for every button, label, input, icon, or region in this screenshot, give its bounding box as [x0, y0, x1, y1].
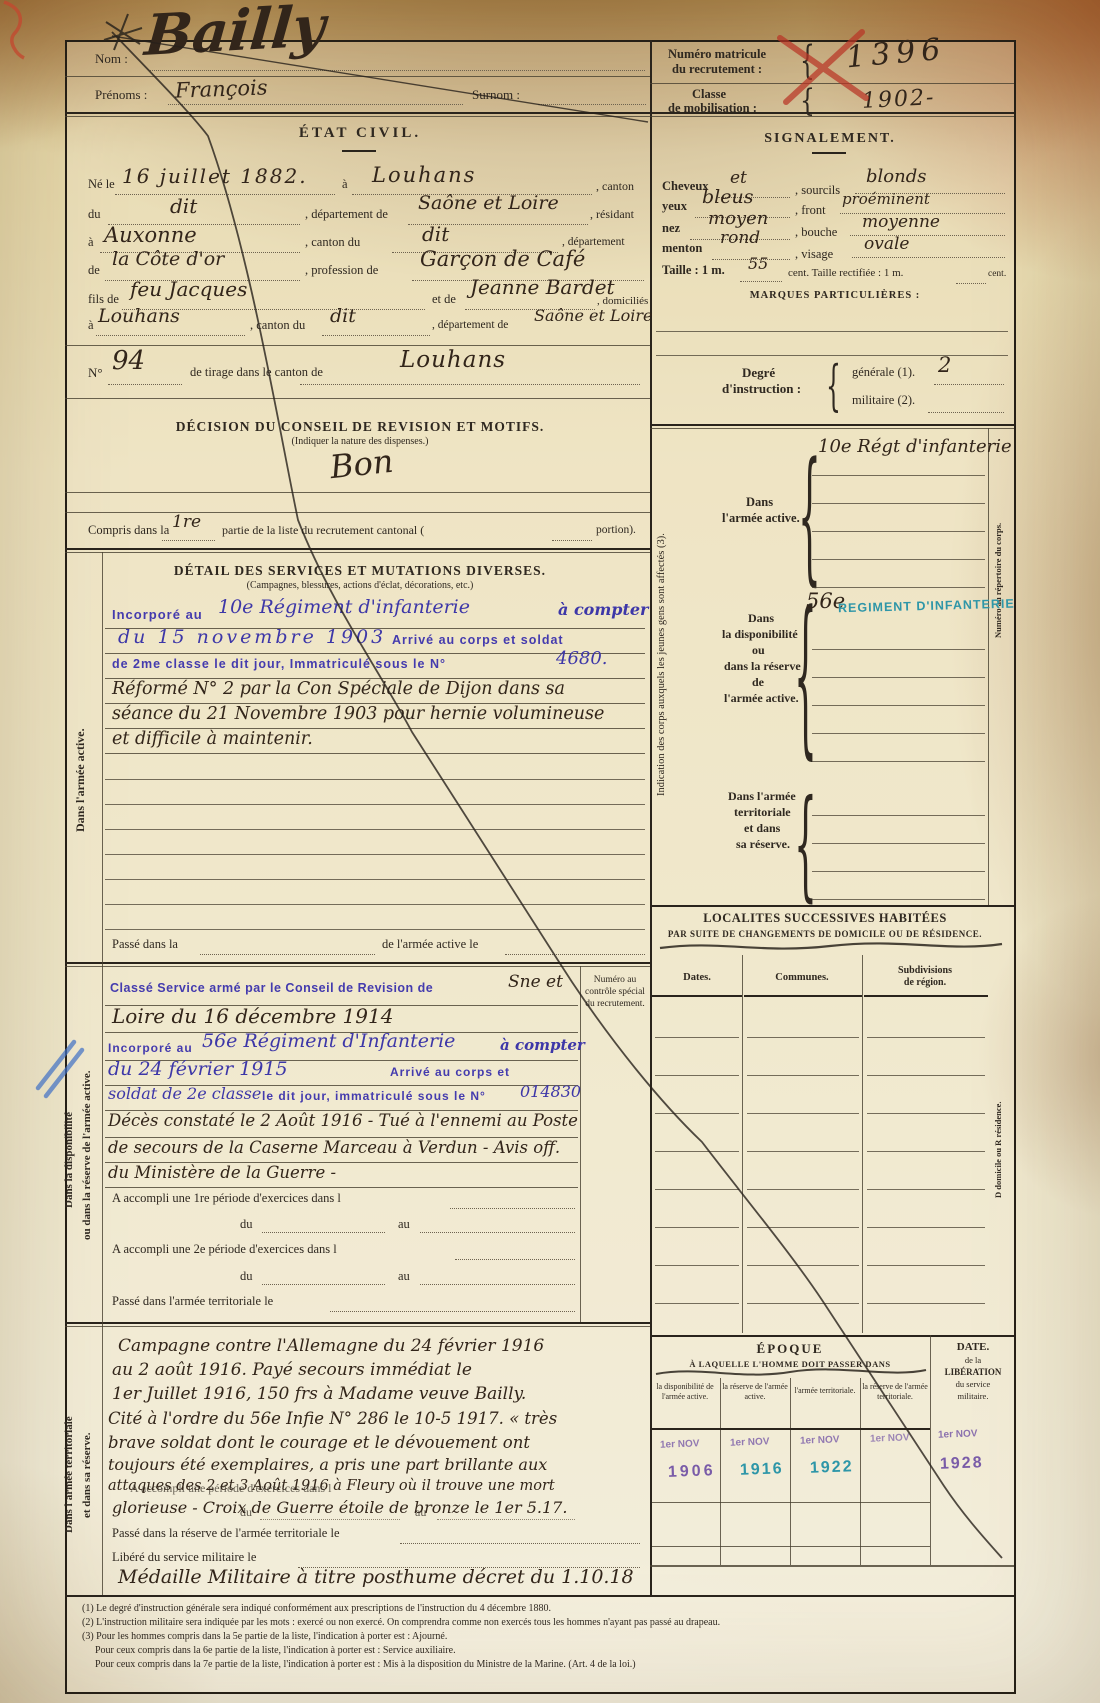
a6-value: Louhans — [98, 307, 180, 327]
de4-value: la Côte d'or — [112, 250, 224, 270]
etat-civil-line — [65, 345, 650, 346]
footnote-box-top — [65, 1595, 1014, 1597]
dispo-l6: Décès constaté le 2 Août 1916 - Tué à l'… — [108, 1112, 578, 1129]
svc-l3-hand: 4680. — [556, 650, 608, 669]
field-underline — [322, 335, 430, 336]
taille-post: cent. — [988, 270, 1006, 280]
localites-header-line — [652, 995, 742, 997]
ne-le-label: Né le — [88, 178, 115, 191]
dept6-label: , département de — [432, 319, 508, 331]
epoque-col4-header: la réserve de l'armée territoriale. — [862, 1382, 928, 1403]
etde-label: et de — [432, 293, 456, 306]
tirage-no-label: N° — [88, 366, 103, 380]
menton-value: rond — [720, 230, 760, 248]
repertoire-strip-divider — [988, 428, 989, 905]
main-column-divider — [650, 40, 652, 1595]
nom-row-line — [65, 76, 650, 77]
surnom-underline — [538, 104, 646, 105]
terr-rules — [812, 788, 985, 902]
tirage-canton-value: Louhans — [400, 348, 506, 372]
field-underline — [928, 412, 1004, 413]
canton6-value: dit — [330, 307, 356, 327]
epoque-header-line — [652, 1428, 930, 1430]
footnote-3: (3) Pour les hommes compris dans la 5e p… — [82, 1632, 447, 1643]
field-underline — [455, 1259, 575, 1260]
a3-label: à — [88, 236, 94, 249]
stamp-nov-2: 1er NOV — [730, 1437, 770, 1449]
footnote-5: Pour ceux compris dans la 7e partie de l… — [95, 1660, 636, 1671]
sourcils-label: , sourcils — [795, 184, 840, 197]
matricule-value: 1396 — [845, 34, 948, 74]
visage-value: ovale — [864, 236, 909, 254]
canton6-label: , canton du — [250, 319, 305, 332]
epoque-row-line-1 — [652, 1502, 930, 1503]
instruction-bottom-line — [650, 424, 1014, 426]
decision-value: Bon — [328, 445, 395, 485]
margin-label-terr-2: et dans sa réserve. — [82, 1368, 94, 1582]
periode2-label: A accompli une 2e période d'exercices da… — [112, 1243, 337, 1256]
field-underline — [96, 335, 245, 336]
a1-label: à — [342, 178, 348, 191]
svc-l4: Réformé N° 2 par la Con Spéciale de Dijo… — [112, 680, 565, 698]
dispo-label-3: ou — [752, 644, 765, 657]
field-underline — [420, 1232, 575, 1233]
sourcils-value: blonds — [866, 168, 926, 187]
compris-value: 1re — [172, 514, 201, 532]
canton1-label: , canton — [596, 180, 634, 193]
footnote-4: Pour ceux compris dans la 6e partie de l… — [95, 1646, 456, 1657]
etat-civil-dash — [342, 150, 376, 152]
dispo-l3-right: à compter — [500, 1038, 585, 1054]
margin-divider — [102, 552, 103, 1595]
localites-header-line — [864, 995, 988, 997]
terr-du-label: du — [240, 1506, 252, 1519]
matricule-label-2: du recrutement : — [672, 63, 762, 76]
stamp-year-1916: 1916 — [740, 1461, 784, 1479]
field-underline — [330, 1311, 575, 1312]
services-subtitle: (Campagnes, blessures, actions d'éclat, … — [110, 581, 610, 592]
date-label-2: de la — [932, 1356, 1014, 1365]
dispo-l5-stamp: le dit jour, immatriculé sous le N° — [262, 1090, 486, 1103]
canton3-value: dit — [422, 224, 449, 245]
localites-rules-communes — [747, 1000, 859, 1333]
footnote-1: (1) Le degré d'instruction générale sera… — [82, 1604, 551, 1615]
section-line-2 — [65, 552, 650, 553]
controle-label: Numéro au contrôle spécial du recrutemen… — [584, 975, 646, 1011]
field-underline — [400, 1543, 640, 1544]
localites-side-note: D domicile ou R résidence. — [994, 1010, 1003, 1290]
front-value: proéminent — [842, 192, 930, 208]
field-underline — [956, 283, 986, 284]
svc-l1-right: à compter — [558, 602, 648, 619]
signalement-dash — [812, 152, 846, 154]
generale-label: générale (1). — [852, 366, 915, 379]
localites-subtitle: PAR SUITE DE CHANGEMENTS DE DOMICILE OU … — [660, 930, 990, 939]
dispo-label-6: l'armée active. — [724, 692, 799, 705]
generale-value: 2 — [938, 354, 951, 376]
instruction-bottom-line-2 — [650, 428, 1014, 429]
field-underline — [552, 540, 592, 541]
menton-label: menton — [662, 242, 702, 255]
dept2-value: Saône et Loire — [418, 194, 559, 214]
localites-bottom-line — [650, 1335, 1014, 1337]
epoque-col3-header: l'armée territoriale. — [792, 1386, 858, 1396]
taille-pre: Taille : 1 m. — [662, 264, 725, 277]
field-underline — [450, 1208, 575, 1209]
services-title: DÉTAIL DES SERVICES ET MUTATIONS DIVERSE… — [110, 564, 610, 578]
decision-rule-2 — [65, 512, 650, 513]
section-line-6 — [65, 1326, 650, 1327]
dispo-label-1: Dans — [748, 612, 774, 625]
svc-l5: séance du 21 Novembre 1903 pour hernie v… — [112, 705, 604, 723]
classe-brace: { — [800, 86, 815, 117]
tirage-no-value: 94 — [112, 348, 145, 375]
svc-l3-stamp: de 2me classe le dit jour, Immatriculé s… — [112, 658, 446, 671]
corps-bottom-line — [650, 905, 1014, 907]
stamp-nov-5: 1er NOV — [938, 1429, 978, 1441]
bouche-label: , bouche — [795, 226, 837, 239]
epoque-title: ÉPOQUE — [660, 1342, 920, 1356]
field-underline — [108, 384, 182, 385]
date-label-1: DATE. — [932, 1342, 1014, 1354]
terr-label-2: territoriale — [734, 806, 791, 819]
footnote-2: (2) L'instruction militaire sera indiqué… — [82, 1618, 720, 1629]
epoque-col2-header: la réserve de l'armée active. — [722, 1382, 788, 1403]
dept2-label: , département de — [305, 208, 388, 221]
localites-rules-dates — [655, 1000, 739, 1333]
du-label: du — [240, 1218, 253, 1231]
field-underline — [437, 1519, 575, 1520]
nom-underline — [150, 70, 645, 71]
prenoms-underline — [168, 104, 463, 105]
field-underline — [262, 1232, 385, 1233]
nez-value: moyen — [708, 210, 768, 229]
terr-label-1: Dans l'armée — [728, 790, 796, 803]
field-underline — [260, 1519, 400, 1520]
medaille-value: Médaille Militaire à titre posthume décr… — [118, 1568, 634, 1588]
tirage-text: de tirage dans le canton de — [190, 366, 323, 379]
terr-h2: au 2 août 1916. Payé secours immédiat le — [112, 1362, 472, 1380]
localites-col-subdiv-1: Subdivisions — [862, 966, 988, 977]
dispo-label-2: la disponibilité — [722, 628, 798, 641]
military-register-sheet: Nom : Bailly Prénoms : François Surnom :… — [0, 0, 1100, 1703]
matricule-brace: { — [800, 42, 815, 81]
field-underline — [200, 954, 375, 955]
surnom-label: Surnom : — [472, 88, 520, 102]
localites-col-divider-1 — [742, 955, 743, 1333]
stamp-nov-1: 1er NOV — [660, 1439, 700, 1451]
dispo-l8: du Ministère de la Guerre - — [108, 1164, 336, 1181]
ne-le-value: 16 juillet 1882. — [122, 166, 308, 187]
nom-label: Nom : — [95, 52, 128, 66]
corps-margin-note: Indication des corps auxquels les jeunes… — [656, 445, 667, 885]
epoque-bottom-line — [650, 1565, 1014, 1567]
dispo-l1-hand: Sne et — [508, 974, 563, 992]
fils-value: feu Jacques — [130, 279, 247, 300]
armee-active-label-2: l'armée active. — [722, 512, 800, 525]
stamp-year-1928: 1928 — [940, 1455, 984, 1473]
margin-label-armee-active: Dans l'armée active. — [74, 640, 87, 920]
date-label-3: LIBÉRATION — [932, 1368, 1014, 1377]
etat-civil-title: ÉTAT CIVIL. — [260, 126, 460, 142]
rule — [105, 1187, 578, 1188]
de4-label: de — [88, 264, 100, 277]
prenoms-value: François — [175, 76, 268, 101]
margin-label-dispo-2: ou dans la réserve de l'armée active. — [82, 995, 94, 1315]
a1-value: Louhans — [372, 164, 476, 186]
dispo-l4-hand: du 24 février 1915 — [108, 1060, 288, 1080]
section-line-4 — [65, 966, 650, 967]
section-line-5 — [65, 1322, 650, 1324]
periode1-label: A accompli une 1re période d'exercices d… — [112, 1192, 341, 1205]
field-underline — [852, 257, 1005, 258]
dispo-l7: de secours de la Caserne Marceau à Verdu… — [108, 1139, 560, 1156]
terr-au-label: au — [415, 1506, 426, 1519]
terr-h8: glorieuse - Croix de Guerre étoile de br… — [112, 1500, 567, 1517]
dispo-l3-stamp: Incorporé au — [108, 1042, 193, 1055]
marques-rules — [656, 308, 1008, 358]
compris-pre: Compris dans la — [88, 524, 169, 537]
terr-h1: Campagne contre l'Allemagne du 24 févrie… — [118, 1338, 544, 1356]
epoque-subtitle: À LAQUELLE L'HOMME DOIT PASSER DANS — [660, 1360, 920, 1369]
stamp-nov-3: 1er NOV — [800, 1435, 840, 1447]
svc-l1-hand: 10e Régiment d'infanterie — [218, 598, 470, 618]
epoque-col-divider-2 — [790, 1378, 791, 1565]
dispo-label-4: dans la réserve — [724, 660, 801, 673]
prof4-label: , profession de — [305, 264, 378, 277]
du2-value: dit — [170, 196, 197, 217]
instruction-label-1: Degré — [742, 366, 775, 380]
stamp-year-1922: 1922 — [810, 1459, 854, 1477]
epoque-date-divider — [930, 1335, 931, 1565]
compris-post: portion). — [596, 524, 636, 536]
decision-title: DÉCISION DU CONSEIL DE REVISION ET MOTIF… — [110, 420, 610, 434]
yeux-value: bleus — [702, 188, 753, 208]
du2-label: du — [88, 208, 101, 221]
mere-value: Jeanne Bardet — [470, 277, 615, 298]
nez-label: nez — [662, 222, 680, 235]
field-underline — [115, 194, 335, 195]
rule — [105, 753, 645, 754]
terr-h4: Cité à l'ordre du 56e Infie N° 286 le 10… — [108, 1410, 557, 1427]
classe-label-2: de mobilisation : — [668, 102, 757, 115]
header-bottom-line-2 — [65, 116, 1014, 117]
terr-h6: toujours été exemplaires, a pris une par… — [108, 1457, 547, 1474]
du-label-2: du — [240, 1270, 253, 1283]
date-label-4: du service — [932, 1380, 1014, 1389]
instruction-label-2: d'instruction : — [722, 382, 801, 396]
prof4-value: Garçon de Café — [420, 248, 585, 270]
terr-label-4: sa réserve. — [736, 838, 790, 851]
field-underline — [740, 281, 782, 282]
dept6-value: Saône et Loire — [534, 308, 652, 325]
armee-active-label-1: Dans — [746, 496, 773, 509]
au-label-2: au — [398, 1270, 410, 1283]
classe-label-1: Classe — [692, 88, 726, 101]
militaire-label: militaire (2). — [852, 394, 915, 407]
epoque-col-divider-1 — [720, 1378, 721, 1565]
armee-active-rules — [812, 448, 985, 590]
dispo-label-5: de — [752, 676, 764, 689]
taille-mid: cent. Taille rectifiée : 1 m. — [788, 268, 903, 280]
tirage-line — [65, 398, 650, 399]
dispo-l2: Loire du 16 décembre 1914 — [112, 1006, 393, 1027]
dispo-rules — [812, 622, 985, 764]
section-line-3 — [65, 962, 650, 964]
controle-subcolumn-divider — [580, 966, 581, 1322]
dispo-l1-stamp: Classé Service armé par le Conseil de Re… — [110, 982, 433, 995]
au-label: au — [398, 1218, 410, 1231]
terr-label-3: et dans — [744, 822, 780, 835]
svc-l1-stamp: Incorporé au — [112, 608, 203, 622]
dispo-l3-hand: 56e Régiment d'Infanterie — [202, 1032, 455, 1052]
field-underline — [162, 540, 215, 541]
passe-active-post: de l'armée active le — [382, 938, 478, 951]
libere-label: Libéré du service militaire le — [112, 1551, 256, 1564]
dispo-l5-hand: soldat de 2e classe — [108, 1086, 261, 1103]
dispo-l5-num: 014830 — [520, 1084, 581, 1101]
canton3-label: , canton du — [305, 236, 360, 249]
a3-value: Auxonne — [104, 224, 197, 246]
matricule-label-1: Numéro matricule — [668, 48, 766, 61]
signalement-title: SIGNALEMENT. — [730, 132, 930, 147]
classe-value: 1902- — [861, 86, 936, 113]
localites-col-divider-2 — [862, 955, 863, 1333]
field-underline — [505, 954, 645, 955]
decision-rule-1 — [65, 492, 650, 493]
localites-title: LOCALITES SUCCESSIVES HABITÉES — [660, 912, 990, 925]
stamp-nov-4: 1er NOV — [870, 1433, 910, 1445]
dispo-l4-stamp: Arrivé au corps et — [390, 1066, 510, 1079]
epoque-col1-header: la disponibilité de l'armée active. — [652, 1382, 718, 1403]
a6-label: à — [88, 319, 94, 332]
prenoms-label: Prénoms : — [95, 88, 147, 102]
passe-reserve-label: Passé dans la réserve de l'armée territo… — [112, 1527, 340, 1540]
matricule-divider — [650, 83, 1014, 84]
localites-col-communes: Communes. — [742, 972, 862, 983]
localites-rules-subdiv — [867, 1000, 985, 1333]
visage-label: , visage — [795, 248, 833, 261]
instruction-brace: { — [826, 360, 841, 415]
margin-label-dispo-1: Dans la disponibilité — [64, 1020, 76, 1300]
compris-mid: partie de la liste du recrutement canton… — [222, 524, 424, 537]
passe-terr-label: Passé dans l'armée territoriale le — [112, 1295, 273, 1308]
terr-periode-label: A accompli une période d'exercices dans … — [130, 1482, 331, 1495]
epoque-col-divider-3 — [860, 1378, 861, 1565]
terr-h5: brave soldat dont le courage et le dévou… — [108, 1434, 530, 1451]
field-underline — [420, 1284, 575, 1285]
taille-value: 55 — [748, 256, 768, 273]
marques-label: MARQUES PARTICULIÈRES : — [720, 290, 950, 301]
front-label: , front — [795, 204, 826, 217]
yeux-label: yeux — [662, 200, 687, 213]
repertoire-note: Numéro au répertoire du corps. — [994, 450, 1003, 710]
residant-label: , résidant — [590, 208, 634, 221]
svc-l2-hand: du 15 novembre 1903 — [118, 628, 386, 648]
svc-l6: et difficile à maintenir. — [112, 730, 313, 748]
field-underline — [262, 1284, 385, 1285]
nom-value: Bailly — [143, 0, 328, 66]
localites-col-dates: Dates. — [652, 972, 742, 983]
section-line — [65, 548, 650, 550]
blank-rules — [105, 755, 645, 932]
svc-l2-stamp: Arrivé au corps et soldat — [392, 634, 564, 647]
stamp-year-1906: 1906 — [668, 1463, 716, 1481]
epoque-row-line-2 — [652, 1546, 930, 1547]
passe-active-pre: Passé dans la — [112, 938, 178, 951]
field-underline — [934, 384, 1004, 385]
localites-header-line — [744, 995, 862, 997]
localites-col-subdiv-2: de région. — [862, 978, 988, 989]
field-underline — [300, 384, 640, 385]
bouche-value: moyenne — [862, 214, 940, 232]
terr-h3: 1er Juillet 1916, 150 frs à Madame veuve… — [112, 1386, 526, 1404]
date-label-5: militaire. — [932, 1392, 1014, 1401]
margin-label-terr-1: Dans l'armée territoriale — [64, 1360, 76, 1590]
